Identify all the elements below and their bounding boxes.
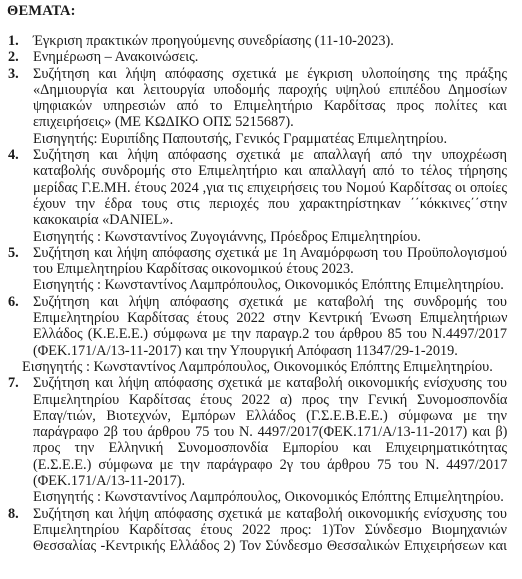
item-text-line: καταβολής συνδρομής στο Επιμελητήριο και… [33, 163, 507, 179]
agenda-list: 1. Έγκριση πρακτικών προηγούμενης συνεδρ… [0, 33, 522, 555]
agenda-item-5: 5. Συζήτηση και λήψη απόφασης σχετικά με… [0, 245, 522, 294]
item-text-line: παράγραφο 2β του άρθρου 75 του Ν. 4497/2… [33, 424, 507, 440]
item-text-line: Επαγ/τιών, Βιοτεχνών, Εμπόρων Ελλάδος (Γ… [33, 408, 507, 424]
item-text-line: μερίδας Γ.Ε.ΜΗ. έτους 2024 ,για τις επιχ… [33, 180, 507, 196]
item-text-line: Έγκριση πρακτικών προηγούμενης συνεδρίασ… [33, 33, 507, 49]
item-text-line: Συζήτηση και λήψη απόφασης σχετικά με έγ… [33, 66, 507, 82]
item-text-line: Συζήτηση και λήψη απόφασης σχετικά με κα… [33, 375, 507, 391]
item-number: 5. [8, 245, 19, 261]
item-text-line: Συζήτηση και λήψη απόφασης σχετικά με απ… [33, 147, 507, 163]
item-number: 7. [8, 375, 19, 391]
agenda-item-6: 6. Συζήτηση και λήψη απόφασης σχετικά με… [0, 294, 522, 375]
agenda-item-4: 4. Συζήτηση και λήψη απόφασης σχετικά με… [0, 147, 522, 245]
item-text-line: του Επιμελητηρίου Καρδίτσας οικονομικού … [33, 261, 507, 277]
item-text-line: Επιμελητηρίου Καρδίτσας έτους 2022 στην … [33, 310, 507, 326]
item-number: 1. [8, 33, 19, 49]
item-reporter: Εισηγητής : Κωνσταντίνος Λαμπρόπουλος, Ο… [33, 489, 507, 505]
item-text-line: Ελλάδος (Κ.Ε.Ε.Ε.) σύμφωνα με την παραγρ… [33, 326, 507, 342]
agenda-item-3: 3. Συζήτηση και λήψη απόφασης σχετικά με… [0, 66, 522, 147]
item-text-line: Συζήτηση και λήψη απόφασης σχετικά με κα… [33, 506, 507, 522]
item-text-line: επιχειρήσεις» (ΜΕ ΚΩΔΙΚΟ ΟΠΣ 5215687). [33, 114, 507, 130]
item-text-line: προς την Ελληνική Συνομοσπονδία Εμπορίου… [33, 440, 507, 456]
item-number: 8. [8, 506, 19, 522]
item-text-line: Συζήτηση και λήψη απόφασης σχετικά με κα… [33, 294, 507, 310]
item-number: 3. [8, 66, 19, 82]
item-reporter: Εισηγητής : Κωνσταντίνος Λαμπρόπουλος, Ο… [22, 359, 507, 375]
item-text-line: Επιμελητηρίου Καρδίτσας έτους 2022 α) πρ… [33, 392, 507, 408]
item-number: 6. [8, 294, 19, 310]
item-number: 4. [8, 147, 19, 163]
item-reporter: Εισηγητής: Ευριπίδης Παπουτσής, Γενικός … [33, 131, 507, 147]
item-number: 2. [8, 49, 19, 65]
item-reporter: Εισηγητής : Κωνσταντίνος Ζυγογιάννης, Πρ… [33, 229, 507, 245]
item-text-line: Ενημέρωση – Ανακοινώσεις. [33, 49, 507, 65]
item-text-line: (ΦΕΚ.171/Α/13-11-2017) και την Υπουργική… [33, 343, 507, 359]
item-text-line: «Δημιουργία και λειτουργία υποδομής παρο… [33, 82, 507, 98]
item-text-line: (Ε.Σ.Ε.Ε.) σύμφωνα με την παράγραφο 2γ τ… [33, 457, 507, 473]
item-text-line: Συζήτηση και λήψη απόφασης σχετικά με 1η… [33, 245, 507, 261]
item-text-line: ψηφιακών υπηρεσιών από το Επιμελητήριο Κ… [33, 98, 507, 114]
item-text-line: (ΦΕΚ.171/Α/13-11-2017). [33, 473, 507, 489]
item-text-line: Θεσσαλίας -Κεντρικής Ελλάδος 2) Τον Σύνδ… [33, 538, 507, 554]
item-reporter: Εισηγητής : Κωνσταντίνος Λαμπρόπουλος, Ο… [33, 277, 507, 293]
item-text-line: κακοκαιρία «DANIEL». [33, 212, 507, 228]
agenda-item-8: 8. Συζήτηση και λήψη απόφασης σχετικά με… [0, 506, 522, 555]
document-heading: ΘΕΜΑΤΑ: [7, 3, 76, 19]
agenda-item-7: 7. Συζήτηση και λήψη απόφασης σχετικά με… [0, 375, 522, 505]
agenda-item-2: 2. Ενημέρωση – Ανακοινώσεις. [0, 49, 522, 65]
item-text-line: Επιμελητηρίου Καρδίτσας έτους 2022 προς:… [33, 522, 507, 538]
item-text-line: έχουν την έδρα τους στις περιοχές που χα… [33, 196, 507, 212]
agenda-item-1: 1. Έγκριση πρακτικών προηγούμενης συνεδρ… [0, 33, 522, 49]
